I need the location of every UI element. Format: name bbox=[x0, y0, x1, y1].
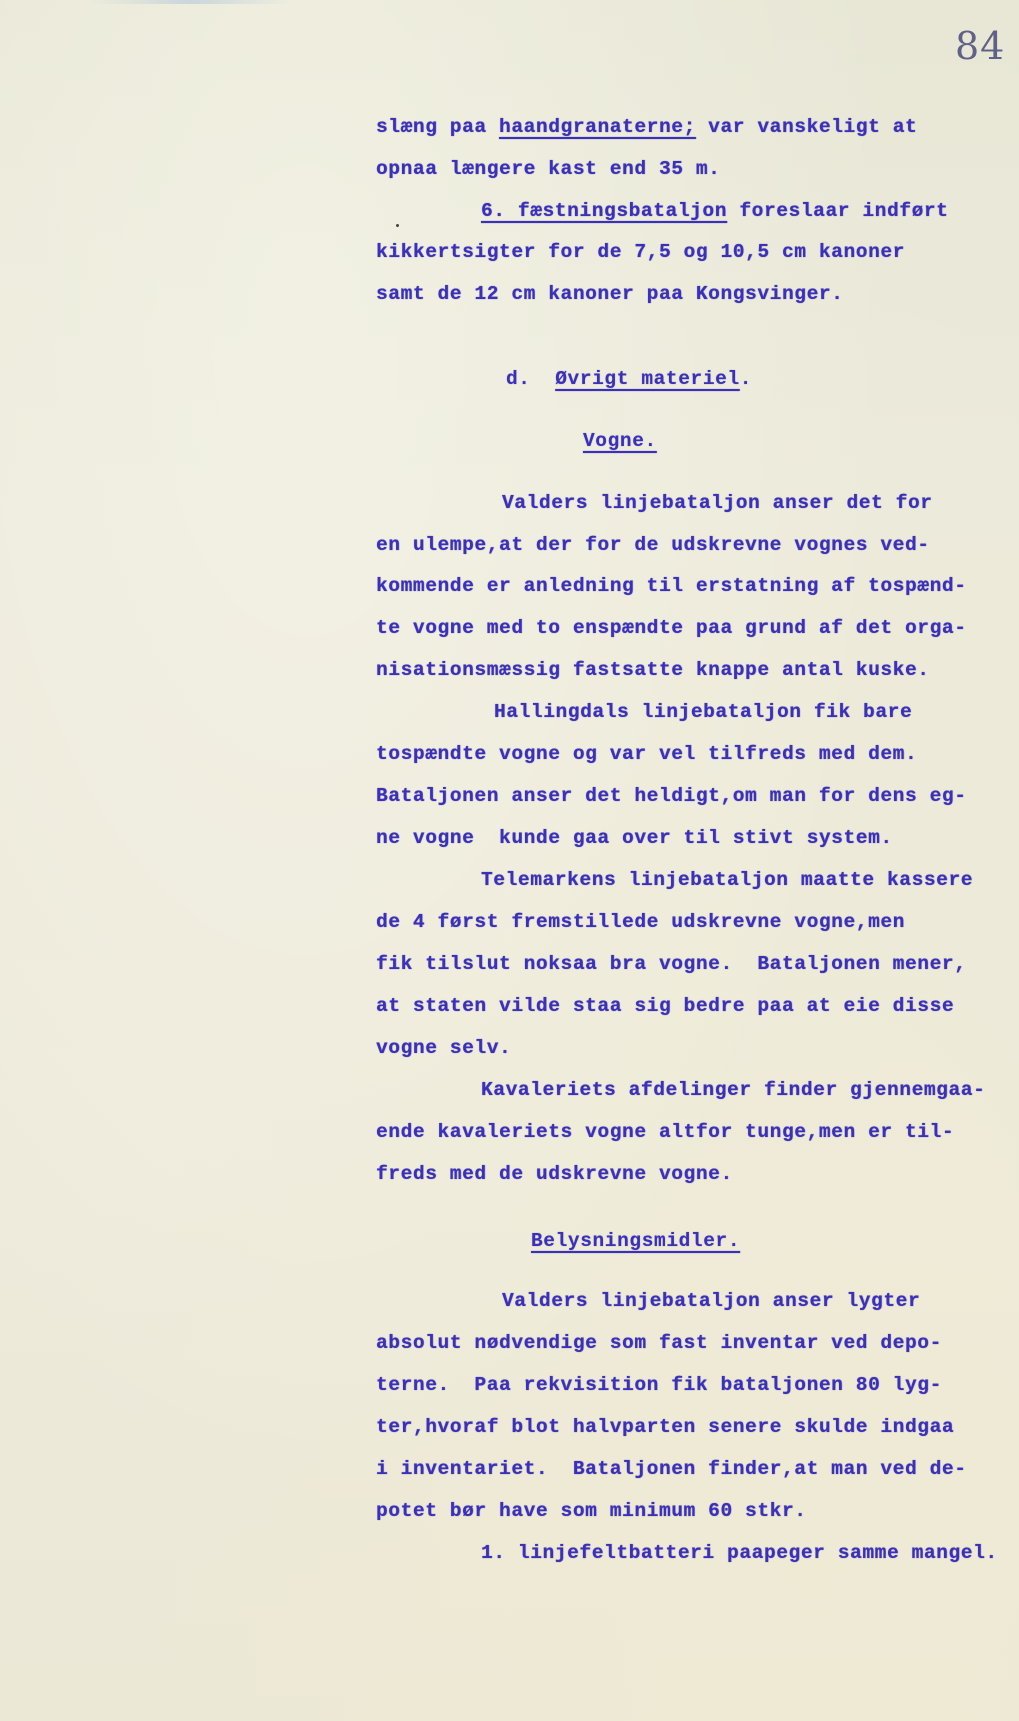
text-line: freds med de udskrevne vogne. bbox=[376, 1165, 733, 1185]
text-line: opnaa længere kast end 35 m. bbox=[376, 160, 720, 180]
ink-speck bbox=[396, 224, 399, 227]
text-line: absolut nødvendige som fast inventar ved… bbox=[376, 1334, 942, 1354]
subsection-heading-belysningsmidler: Belysningsmidler. bbox=[531, 1230, 740, 1252]
text-line: tospændte vogne og var vel tilfreds med … bbox=[376, 745, 917, 765]
text-line: vogne selv. bbox=[376, 1039, 511, 1059]
text-line: Kavaleriets afdelinger finder gjennemgaa… bbox=[481, 1081, 985, 1101]
text-line: Valders linjebataljon anser lygter bbox=[502, 1292, 920, 1312]
text-line: i inventariet. Bataljonen finder,at man … bbox=[376, 1460, 967, 1480]
section-heading: d. Øvrigt materiel. bbox=[506, 368, 752, 390]
text-line: de 4 først fremstillede udskrevne vogne,… bbox=[376, 913, 905, 933]
underlined-term: haandgranaterne; bbox=[499, 116, 696, 138]
text-run: foreslaar indført bbox=[727, 200, 948, 222]
text-line: potet bør have som minimum 60 stkr. bbox=[376, 1502, 807, 1522]
text-line: Hallingdals linjebataljon fik bare bbox=[494, 703, 912, 723]
text-line: nisationsmæssig fastsatte knappe antal k… bbox=[376, 661, 930, 681]
text-line: kikkertsigter for de 7,5 og 10,5 cm kano… bbox=[376, 243, 905, 263]
text-line: fik tilslut noksaa bra vogne. Bataljonen… bbox=[376, 955, 967, 975]
text-run: slæng paa bbox=[376, 116, 499, 138]
text-line: Telemarkens linjebataljon maatte kassere bbox=[481, 871, 973, 891]
section-prefix: d. bbox=[506, 368, 531, 390]
scan-edge bbox=[90, 0, 290, 4]
text-line: kommende er anledning til erstatning af … bbox=[376, 577, 967, 597]
page-number: 84 bbox=[955, 24, 1005, 68]
text-line: 1. linjefeltbatteri paapeger samme mange… bbox=[481, 1544, 998, 1564]
subsection-title: Vogne. bbox=[583, 430, 657, 452]
text-line: te vogne med to enspændte paa grund af d… bbox=[376, 619, 967, 639]
text-run: var vanskeligt at bbox=[696, 116, 917, 138]
subsection-title: Belysningsmidler. bbox=[531, 1230, 740, 1252]
underlined-unit-name: 6. fæstningsbataljon bbox=[481, 200, 727, 222]
text-line: Valders linjebataljon anser det for bbox=[502, 494, 933, 514]
text-line: Bataljonen anser det heldigt,om man for … bbox=[376, 787, 967, 807]
text-line: at staten vilde staa sig bedre paa at ei… bbox=[376, 997, 954, 1017]
text-line: 6. fæstningsbataljon foreslaar indført bbox=[481, 202, 948, 222]
text-line: samt de 12 cm kanoner paa Kongsvinger. bbox=[376, 285, 843, 305]
section-suffix: . bbox=[740, 368, 752, 390]
text-line: en ulempe,at der for de udskrevne vognes… bbox=[376, 536, 930, 556]
text-line: terne. Paa rekvisition fik bataljonen 80… bbox=[376, 1376, 942, 1396]
text-line: ter,hvoraf blot halvparten senere skulde… bbox=[376, 1418, 954, 1438]
text-line: ne vogne kunde gaa over til stivt system… bbox=[376, 829, 893, 849]
text-line: ende kavaleriets vogne altfor tunge,men … bbox=[376, 1123, 954, 1143]
section-title: Øvrigt materiel bbox=[555, 368, 740, 390]
subsection-heading-vogne: Vogne. bbox=[583, 430, 657, 452]
text-line: slæng paa haandgranaterne; var vanskelig… bbox=[376, 118, 917, 138]
